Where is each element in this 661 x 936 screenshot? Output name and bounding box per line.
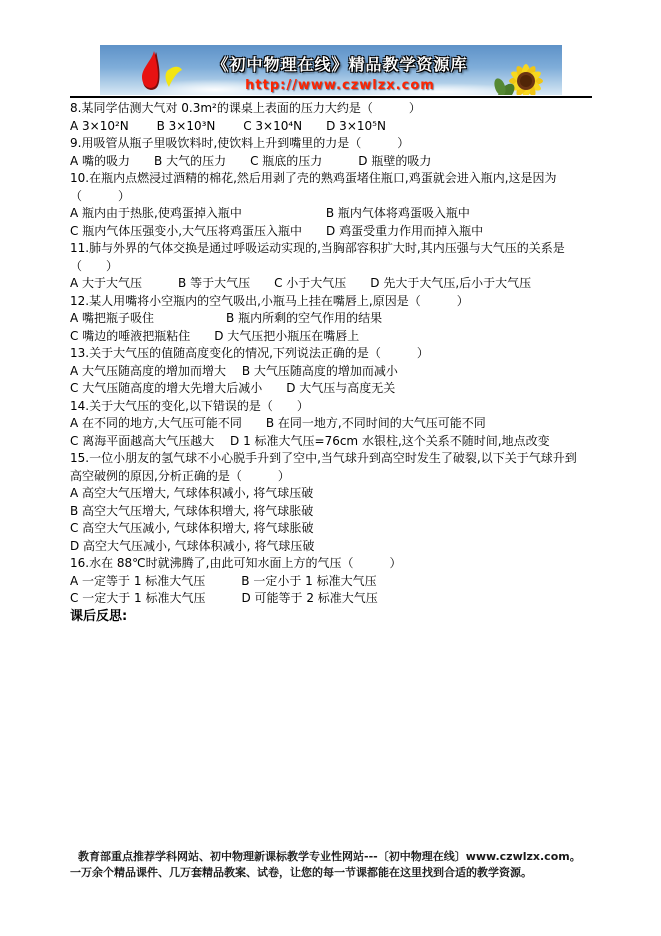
site-banner: 《初中物理在线》精品教学资源库 http://www.czwlzx.com [100,45,562,95]
question-list: 8.某同学估测大气对 0.3m²的课桌上表面的压力大约是（ ） A 3×10²N… [70,100,596,625]
q10-stem-line2: （ ） [70,188,596,206]
q13-options-ab: A 大气压随高度的增加而增大 B 大气压随高度的增加而减小 [70,363,596,381]
footer-promo-text: 教育部重点推荐学科网站、初中物理新课标教学专业性网站---〔初中物理在线〕www… [70,849,594,881]
q10-options-cd: C 瓶内气体压强变小,大气压将鸡蛋压入瓶中 D 鸡蛋受重力作用而掉入瓶中 [70,223,596,241]
document-page: { "banner": { "title": "《初中物理在线》精品教学资源库"… [0,0,661,936]
q13-stem: 13.关于大气压的值随高度变化的情况,下列说法正确的是（ ） [70,345,596,363]
q8-stem: 8.某同学估测大气对 0.3m²的课桌上表面的压力大约是（ ） [70,100,596,118]
banner-text-block: 《初中物理在线》精品教学资源库 http://www.czwlzx.com [195,52,485,93]
q11-options: A 大于大气压 B 等于大气压 C 小于大气压 D 先大于大气压,后小于大气压 [70,275,596,293]
q16-stem: 16.水在 88℃时就沸腾了,由此可知水面上方的气压（ ） [70,555,596,573]
q15-option-c: C 高空大气压减小, 气球体积增大, 将气球胀破 [70,520,596,538]
q10-stem-line1: 10.在瓶内点燃浸过酒精的棉花,然后用剥了壳的熟鸡蛋堵住瓶口,鸡蛋就会进入瓶内,… [70,170,596,188]
q12-stem: 12.某人用嘴将小空瓶内的空气吸出,小瓶马上挂在嘴唇上,原因是（ ） [70,293,596,311]
q15-option-d: D 高空大气压减小, 气球体积减小, 将气球压破 [70,538,596,556]
q15-option-a: A 高空大气压增大, 气球体积减小, 将气球压破 [70,485,596,503]
q16-options-ab: A 一定等于 1 标准大气压 B 一定小于 1 标准大气压 [70,573,596,591]
q14-options-cd: C 离海平面越高大气压越大 D 1 标准大气压=76cm 水银柱,这个关系不随时… [70,433,596,451]
q16-options-cd: C 一定大于 1 标准大气压 D 可能等于 2 标准大气压 [70,590,596,608]
q8-options: A 3×10²N B 3×10³N C 3×10⁴N D 3×10⁵N [70,118,596,136]
header-divider-line [70,96,592,98]
q14-stem: 14.关于大气压的变化,以下错误的是（ ） [70,398,596,416]
q13-options-cd: C 大气压随高度的增大先增大后减小 D 大气压与高度无关 [70,380,596,398]
q9-options: A 嘴的吸力 B 大气的压力 C 瓶底的压力 D 瓶壁的吸力 [70,153,596,171]
q14-options-ab: A 在不同的地方,大气压可能不同 B 在同一地方,不同时间的大气压可能不同 [70,415,596,433]
q11-stem-line2: （ ） [70,258,596,276]
sunflower-icon [486,55,560,95]
q15-stem-line2: 高空破例的原因,分析正确的是（ ） [70,468,596,486]
banner-title: 《初中物理在线》精品教学资源库 [195,52,485,75]
q11-stem-line1: 11.肺与外界的气体交换是通过呼吸运动实现的,当胸部容积扩大时,其内压强与大气压… [70,240,596,258]
q15-stem-line1: 15.一位小朋友的氢气球不小心脱手升到了空中,当气球升到高空时发生了破裂,以下关… [70,450,596,468]
q9-stem: 9.用吸管从瓶子里吸饮料时,使饮料上升到嘴里的力是（ ） [70,135,596,153]
site-logo-flame-icon [134,51,192,93]
q15-option-b: B 高空大气压增大, 气球体积增大, 将气球胀破 [70,503,596,521]
reflection-heading: 课后反思: [70,608,596,626]
q12-options-cd: C 嘴边的唾液把瓶粘住 D 大气压把小瓶压在嘴唇上 [70,328,596,346]
q12-options-ab: A 嘴把瓶子吸住 B 瓶内所剩的空气作用的结果 [70,310,596,328]
q10-options-ab: A 瓶内由于热胀,使鸡蛋掉入瓶中 B 瓶内气体将鸡蛋吸入瓶中 [70,205,596,223]
banner-url: http://www.czwlzx.com [195,78,485,93]
